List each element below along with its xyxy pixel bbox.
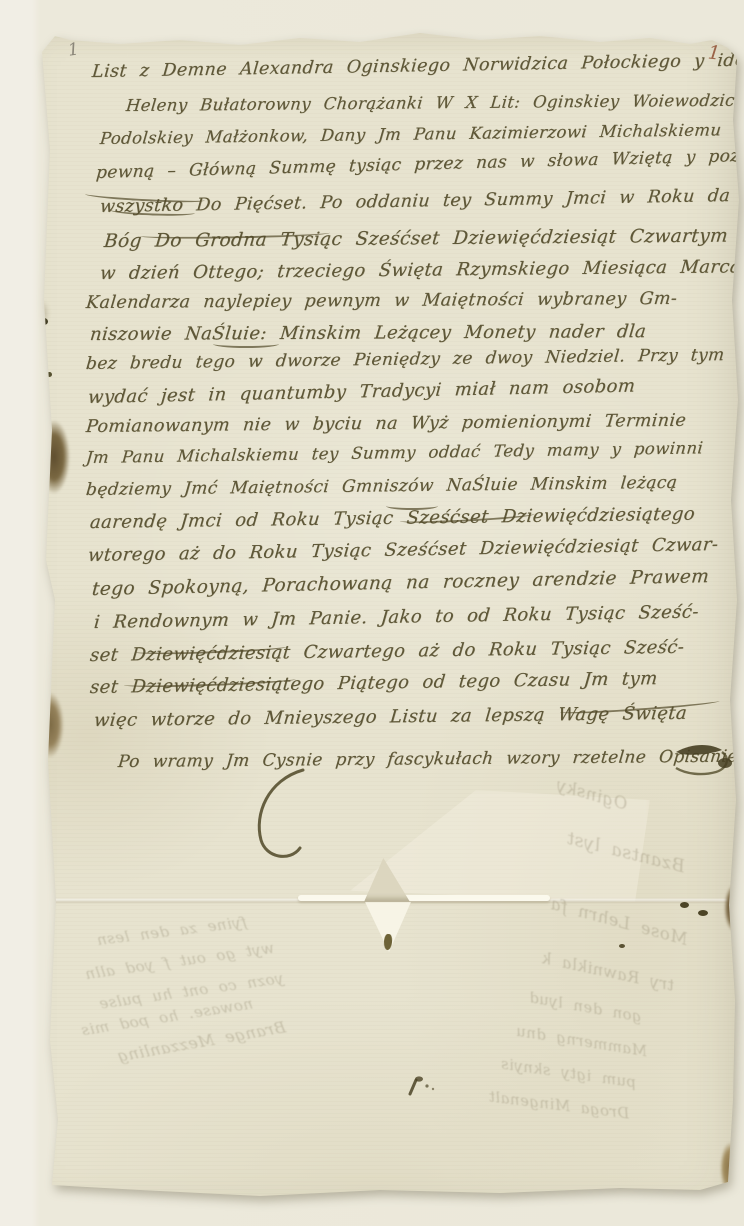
manuscript-line: tego Spokoyną, Porachowaną na roczney ar…: [91, 566, 710, 600]
verso-line: pum igty sknyis: [499, 1055, 637, 1092]
manuscript-line: Podolskiey Małżonkow, Dany Jm Panu Kazim…: [99, 120, 744, 148]
ink-speck: [47, 372, 52, 377]
ink-stain-left-large: [38, 420, 70, 494]
manuscript-line: Heleny Bułatorowny Chorążanki W X Lit: O…: [125, 90, 744, 115]
ink-spatter-mark: [400, 1068, 444, 1104]
manuscript-line: wydać jest in quantumby Tradycyi miał na…: [87, 376, 636, 409]
manuscript-line: będziemy Jmć Maiętności Gmniszów NaŚluie…: [85, 473, 678, 500]
manuscript-page: 1 1 List z Demne Alexandra Oginskiego No…: [0, 0, 744, 1226]
verso-line: gon den lyud: [527, 988, 643, 1026]
crease-highlight: [298, 895, 550, 901]
photo-background: 1 1 List z Demne Alexandra Oginskiego No…: [0, 0, 744, 1226]
verso-line: fyine za den lesn: [95, 913, 247, 949]
manuscript-line: w dzień Ottego; trzeciego Święta Rzymski…: [99, 256, 742, 284]
page-number-pencil: 1: [67, 39, 81, 60]
ink-stain-left-lower: [36, 692, 64, 758]
ink-speck: [680, 902, 689, 908]
manuscript-line: Po wramy Jm Cysnie przy fascykułach wzor…: [117, 746, 744, 772]
manuscript-line: i Rendownym w Jm Panie. Jako to od Roku …: [93, 601, 700, 633]
manuscript-line: Bóg Do Grodna Tysiąc Sześćset Dziewięćdz…: [103, 226, 729, 252]
stain-right-edge: [724, 884, 744, 932]
stain-right-bottom-edge: [720, 1142, 740, 1194]
capital-flourish-loop: [248, 762, 318, 867]
manuscript-line: Pomianowanym nie w byciu na Wyż pomienio…: [85, 411, 687, 437]
manuscript-line: bez bredu tego w dworze Pieniędzy ze dwo…: [85, 345, 725, 374]
manuscript-line: List z Demne Alexandra Oginskiego Norwid…: [91, 50, 744, 82]
paper-shadow-wrap: 1 1 List z Demne Alexandra Oginskiego No…: [0, 0, 744, 1226]
pen-swash: [386, 502, 438, 510]
manuscript-line: Jm Panu Michalskiemu tey Summy oddać Ted…: [85, 438, 704, 467]
manuscript-line: wtorego aż do Roku Tysiąc Sześćset Dziew…: [87, 534, 719, 566]
verso-line: try Rawnikla k: [540, 948, 676, 995]
pen-swash: [213, 340, 279, 348]
manuscript-line: niszowie NaŚluie: Minskim Leżącey Monety…: [89, 321, 647, 345]
verso-line: Mammerng dnu: [514, 1022, 648, 1061]
ink-swirl-mark: [672, 738, 736, 794]
edge-notch: [34, 300, 50, 326]
verso-line: Droga Mingenalt: [487, 1087, 630, 1122]
ink-speck: [698, 910, 708, 916]
manuscript-line: pewną – Główną Summę tysiąc przez nas w …: [95, 145, 744, 184]
edge-notch: [34, 584, 50, 610]
ink-speck: [619, 944, 625, 948]
edge-notch: [34, 928, 50, 954]
manuscript-line: Kalendarza naylepiey pewnym w Maiętności…: [85, 289, 678, 313]
paper-tear-tip: [383, 934, 392, 951]
